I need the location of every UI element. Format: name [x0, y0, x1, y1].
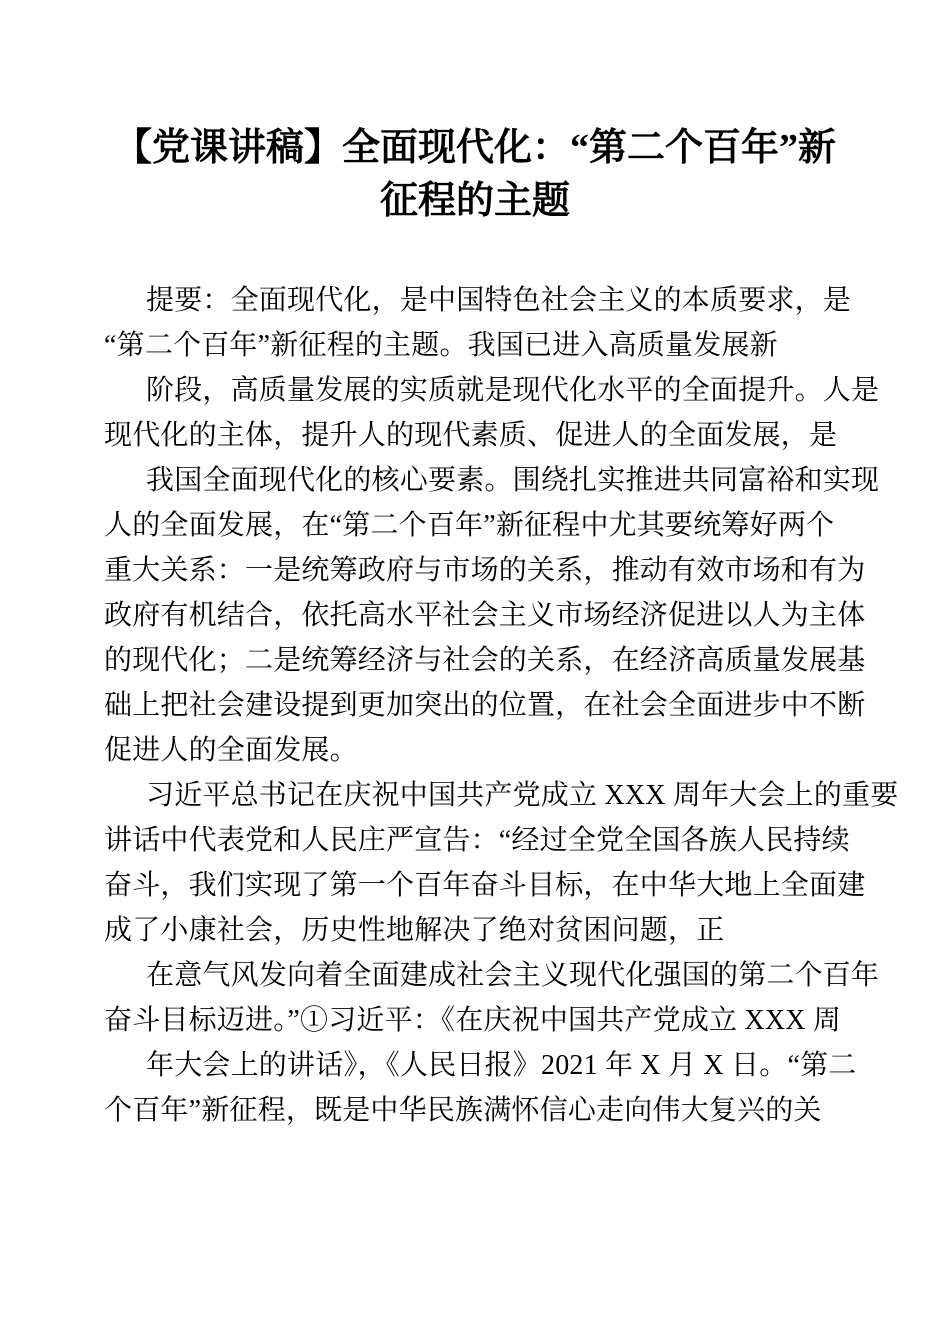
text-line: 讲话中代表党和人民庄严宣告：“经过全党全国各族人民持续: [104, 818, 870, 863]
text-line: 奋斗目标迈进。”①习近平：《在庆祝中国共产党成立 XXX 周: [104, 998, 870, 1043]
text-line: 重大关系：一是统筹政府与市场的关系，推动有效市场和有为: [104, 548, 870, 593]
text-line: 在意气风发向着全面建成社会主义现代化强国的第二个百年: [104, 953, 870, 998]
text-line: 人的全面发展，在“第二个百年”新征程中尤其要统筹好两个: [104, 503, 870, 548]
text-line: 奋斗，我们实现了第一个百年奋斗目标，在中华大地上全面建: [104, 863, 870, 908]
document-page: 【党课讲稿】全面现代化：“第二个百年”新 征程的主题 提要：全面现代化，是中国特…: [0, 0, 950, 1344]
text-line: 个百年”新征程，既是中华民族满怀信心走向伟大复兴的关: [104, 1088, 870, 1133]
document-title: 【党课讲稿】全面现代化：“第二个百年”新 征程的主题: [0, 0, 950, 228]
text-line: 成了小康社会，历史性地解决了绝对贫困问题，正: [104, 908, 870, 953]
text-line: 现代化的主体，提升人的现代素质、促进人的全面发展，是: [104, 413, 870, 458]
text-line: 的现代化；二是统筹经济与社会的关系，在经济高质量发展基: [104, 638, 870, 683]
text-line: “第二个百年”新征程的主题。我国已进入高质量发展新: [104, 323, 870, 368]
text-line: 促进人的全面发展。: [104, 728, 870, 773]
text-line: 政府有机结合，依托高水平社会主义市场经济促进以人为主体: [104, 593, 870, 638]
text-line: 我国全面现代化的核心要素。围绕扎实推进共同富裕和实现: [104, 458, 870, 503]
title-line-2: 征程的主题: [0, 175, 950, 228]
text-line: 习近平总书记在庆祝中国共产党成立 XXX 周年大会上的重要: [104, 773, 870, 818]
text-line: 提要：全面现代化，是中国特色社会主义的本质要求，是: [104, 278, 870, 323]
text-line: 阶段，高质量发展的实质就是现代化水平的全面提升。人是: [104, 368, 870, 413]
text-line: 年大会上的讲话》，《人民日报》2021 年 X 月 X 日。“第二: [104, 1043, 870, 1088]
title-line-1: 【党课讲稿】全面现代化：“第二个百年”新: [0, 122, 950, 175]
text-line: 础上把社会建设提到更加突出的位置，在社会全面进步中不断: [104, 683, 870, 728]
document-body: 提要：全面现代化，是中国特色社会主义的本质要求，是“第二个百年”新征程的主题。我…: [0, 278, 950, 1133]
